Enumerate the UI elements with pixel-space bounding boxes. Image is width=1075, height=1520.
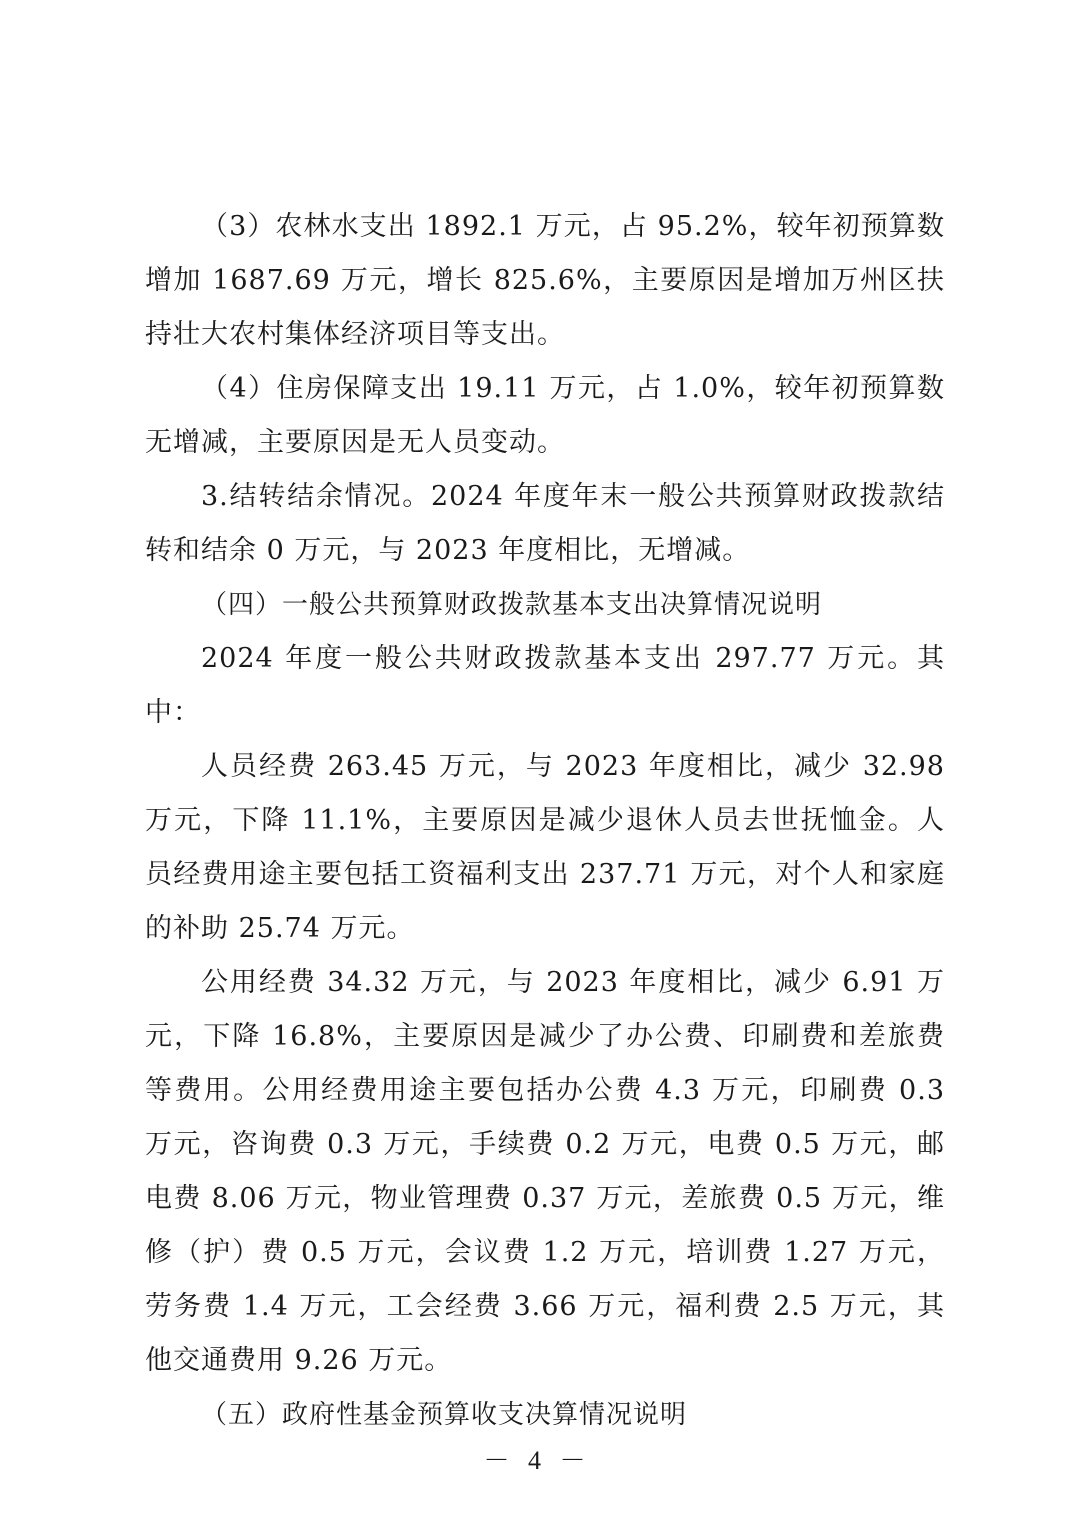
section-heading-government-fund: （五）政府性基金预算收支决算情况说明 (145, 1388, 945, 1442)
paragraph-basic-expense-total: 2024 年度一般公共财政拨款基本支出 297.77 万元。其中： (145, 632, 945, 740)
page-number: － 4 － (0, 1440, 1075, 1477)
section-heading-basic-expense: （四）一般公共预算财政拨款基本支出决算情况说明 (145, 578, 945, 632)
paragraph-agriculture-expense: （3）农林水支出 1892.1 万元，占 95.2%，较年初预算数增加 1687… (145, 200, 945, 362)
paragraph-personnel-expense: 人员经费 263.45 万元，与 2023 年度相比，减少 32.98 万元，下… (145, 740, 945, 956)
paragraph-carryover: 3.结转结余情况。2024 年度年末一般公共预算财政拨款结转和结余 0 万元，与… (145, 470, 945, 578)
paragraph-public-expense: 公用经费 34.32 万元，与 2023 年度相比，减少 6.91 万元，下降 … (145, 956, 945, 1388)
document-body: （3）农林水支出 1892.1 万元，占 95.2%，较年初预算数增加 1687… (145, 200, 945, 1442)
paragraph-housing-expense: （4）住房保障支出 19.11 万元，占 1.0%，较年初预算数无增减，主要原因… (145, 362, 945, 470)
